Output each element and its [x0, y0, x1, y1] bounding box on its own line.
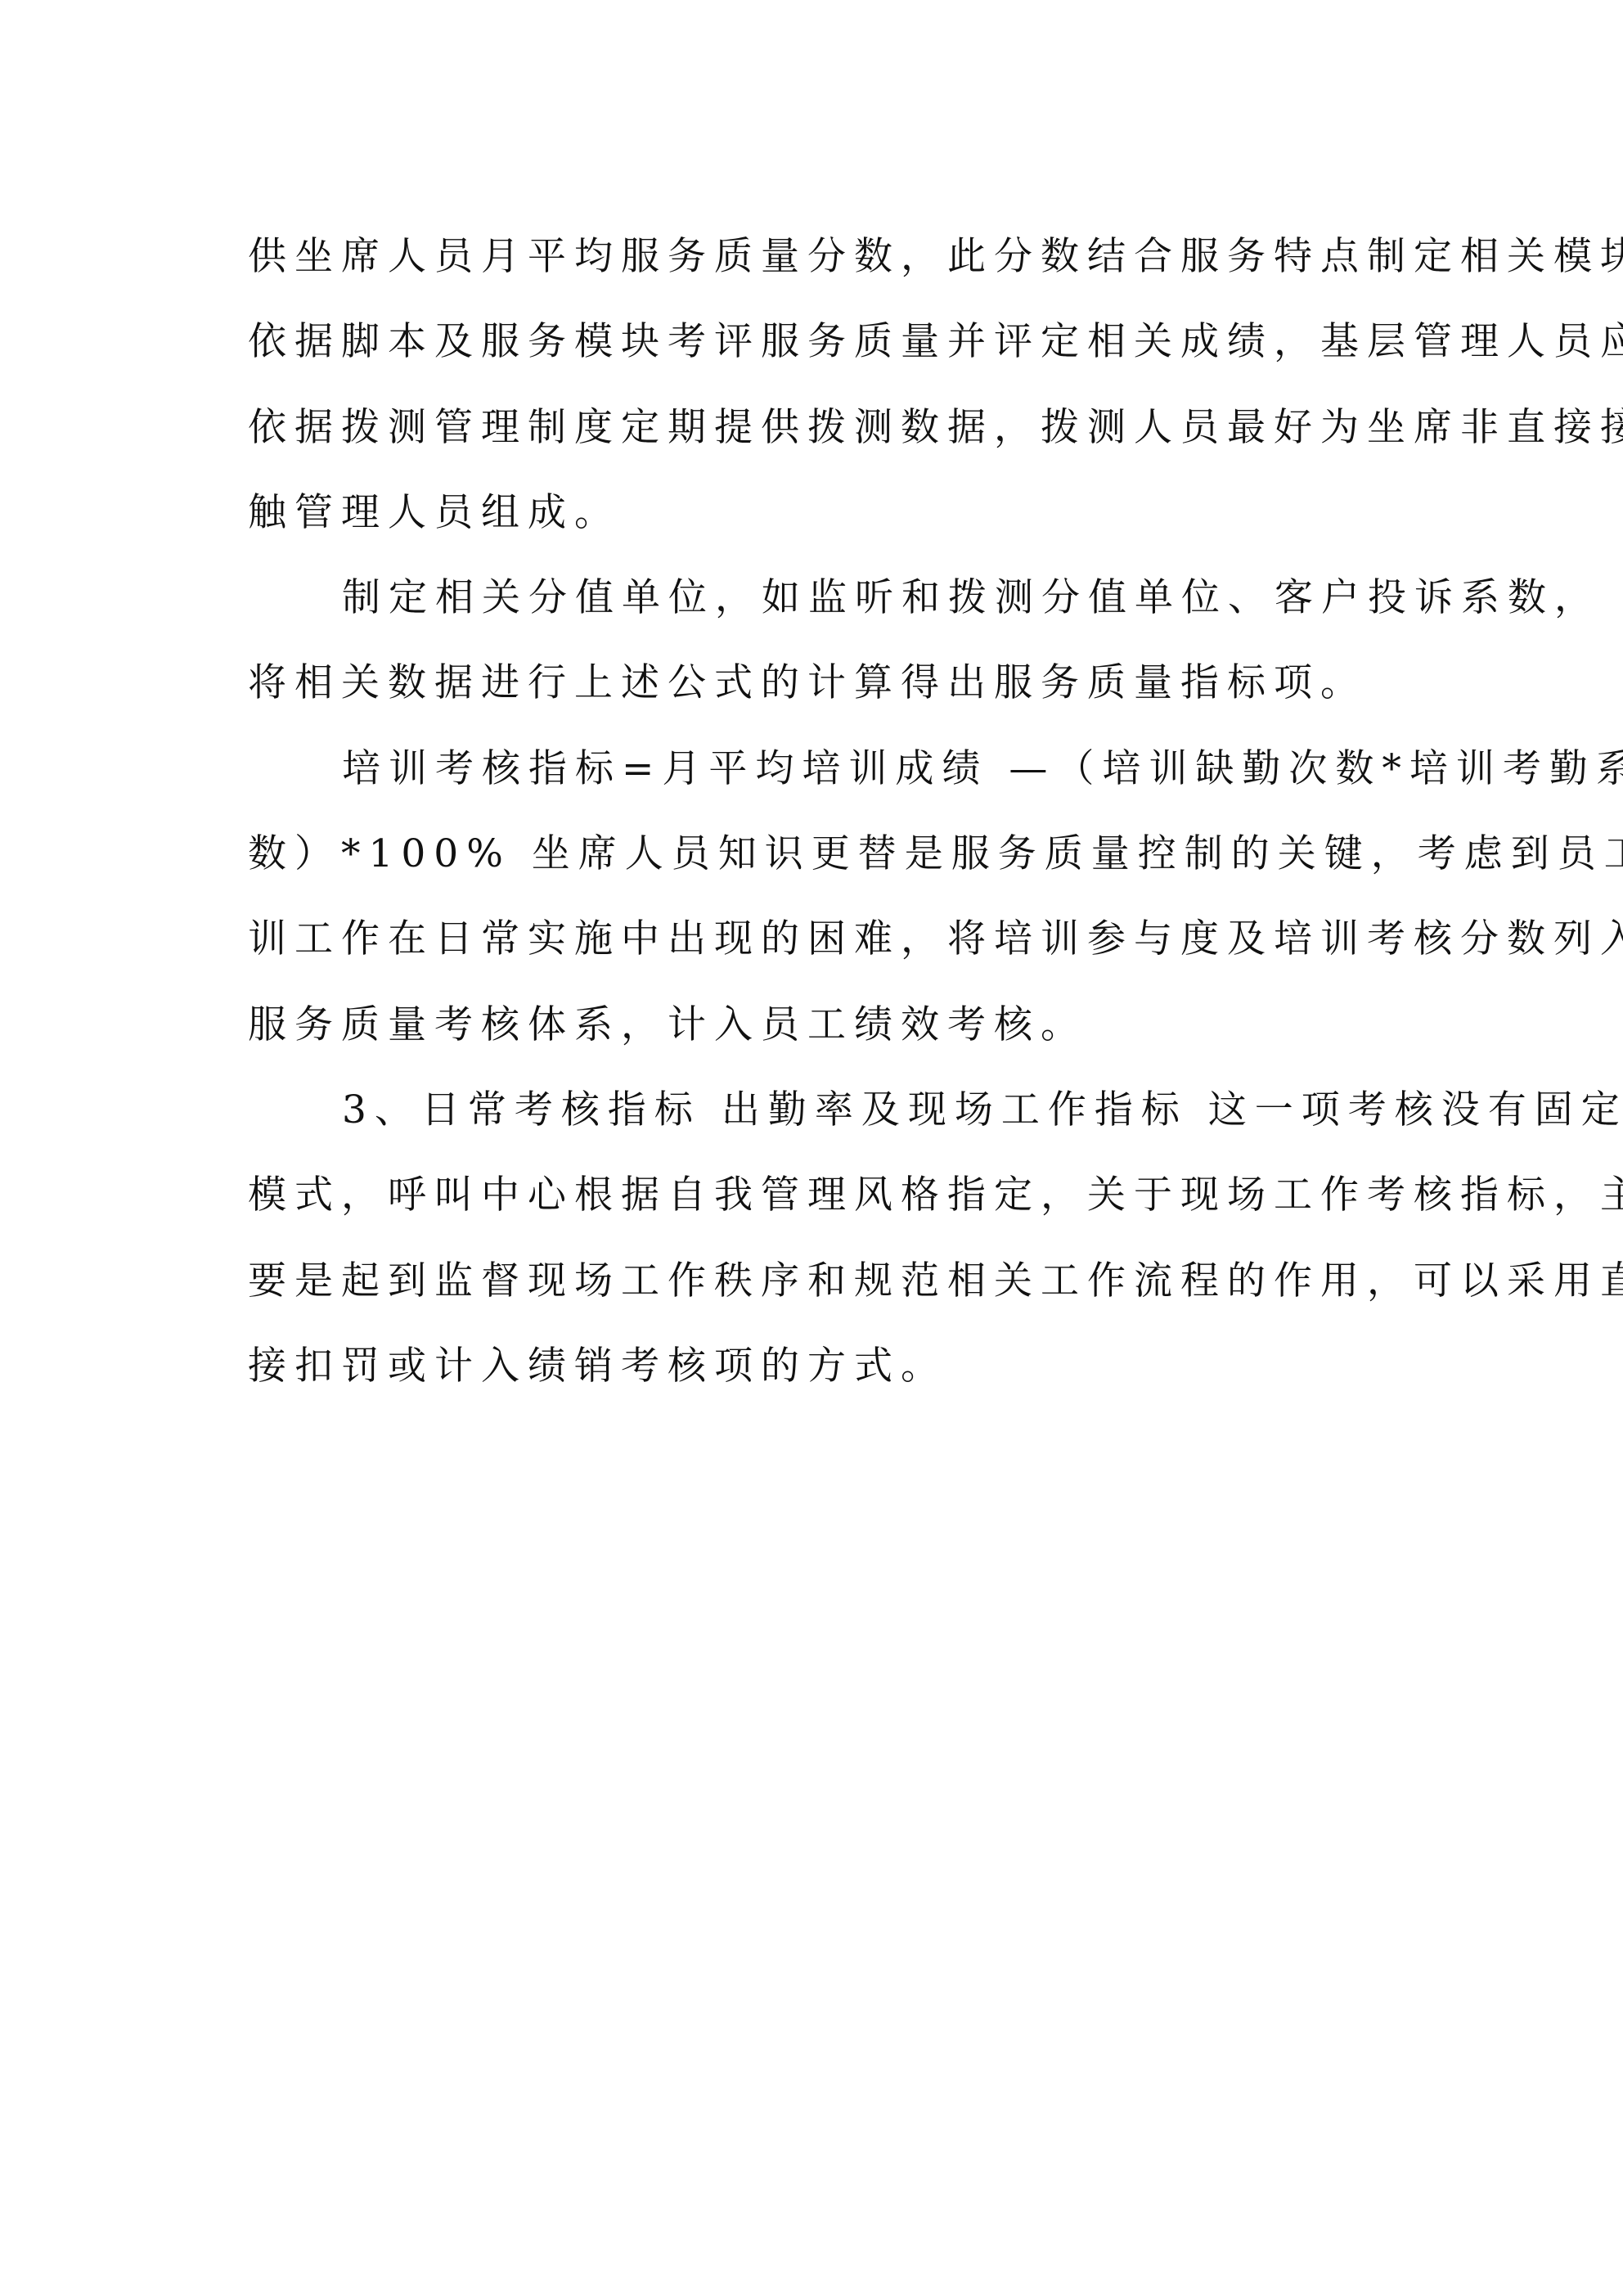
text-line: 模式，呼叫中心根据自我管理风格指定，关于现场工作考核指标，主 [248, 1153, 1385, 1238]
document-body: 供坐席人员月平均服务质量分数，此分数结合服务特点制定相关模块， 依据脚本及服务模… [248, 214, 1385, 1409]
text-line: 接扣罚或计入绩销考核项的方式。 [248, 1324, 1385, 1409]
text-line: 3、日常考核指标 出勤率及现场工作指标 这一项考核没有固定 [248, 1068, 1385, 1153]
text-line: 依据脚本及服务模块考评服务质量并评定相关成绩，基层管理人员应 [248, 299, 1385, 385]
text-line: 培训考核指标=月平均培训成绩 —（培训缺勤次数*培训考勤系 [248, 727, 1385, 812]
text-line: 制定相关分值单位，如监听和拨测分值单位、客户投诉系数， [248, 556, 1385, 641]
text-line: 服务质量考核体系，计入员工绩效考核。 [248, 983, 1385, 1068]
text-line: 数）*100% 坐席人员知识更替是服务质量控制的关键，考虑到员工培 [248, 812, 1385, 897]
text-line: 将相关数据进行上述公式的计算得出服务质量指标项。 [248, 641, 1385, 726]
text-line: 训工作在日常实施中出现的困难，将培训参与度及培训考核分数列入 [248, 897, 1385, 982]
paragraph-score-units: 制定相关分值单位，如监听和拨测分值单位、客户投诉系数， 将相关数据进行上述公式的… [248, 556, 1385, 727]
paragraph-training-index: 培训考核指标=月平均培训成绩 —（培训缺勤次数*培训考勤系 数）*100% 坐席… [248, 727, 1385, 1068]
paragraph-service-quality-score: 供坐席人员月平均服务质量分数，此分数结合服务特点制定相关模块， 依据脚本及服务模… [248, 214, 1385, 556]
text-line: 供坐席人员月平均服务质量分数，此分数结合服务特点制定相关模块， [248, 214, 1385, 299]
document-page: 供坐席人员月平均服务质量分数，此分数结合服务特点制定相关模块， 依据脚本及服务模… [0, 0, 1623, 2296]
text-line: 要是起到监督现场工作秩序和规范相关工作流程的作用，可以采用直 [248, 1239, 1385, 1324]
text-line: 触管理人员组成。 [248, 470, 1385, 556]
paragraph-daily-assessment: 3、日常考核指标 出勤率及现场工作指标 这一项考核没有固定 模式，呼叫中心根据自… [248, 1068, 1385, 1409]
text-line: 依据拨测管理制度定期提供拨测数据，拨测人员最好为坐席非直接接 [248, 385, 1385, 470]
